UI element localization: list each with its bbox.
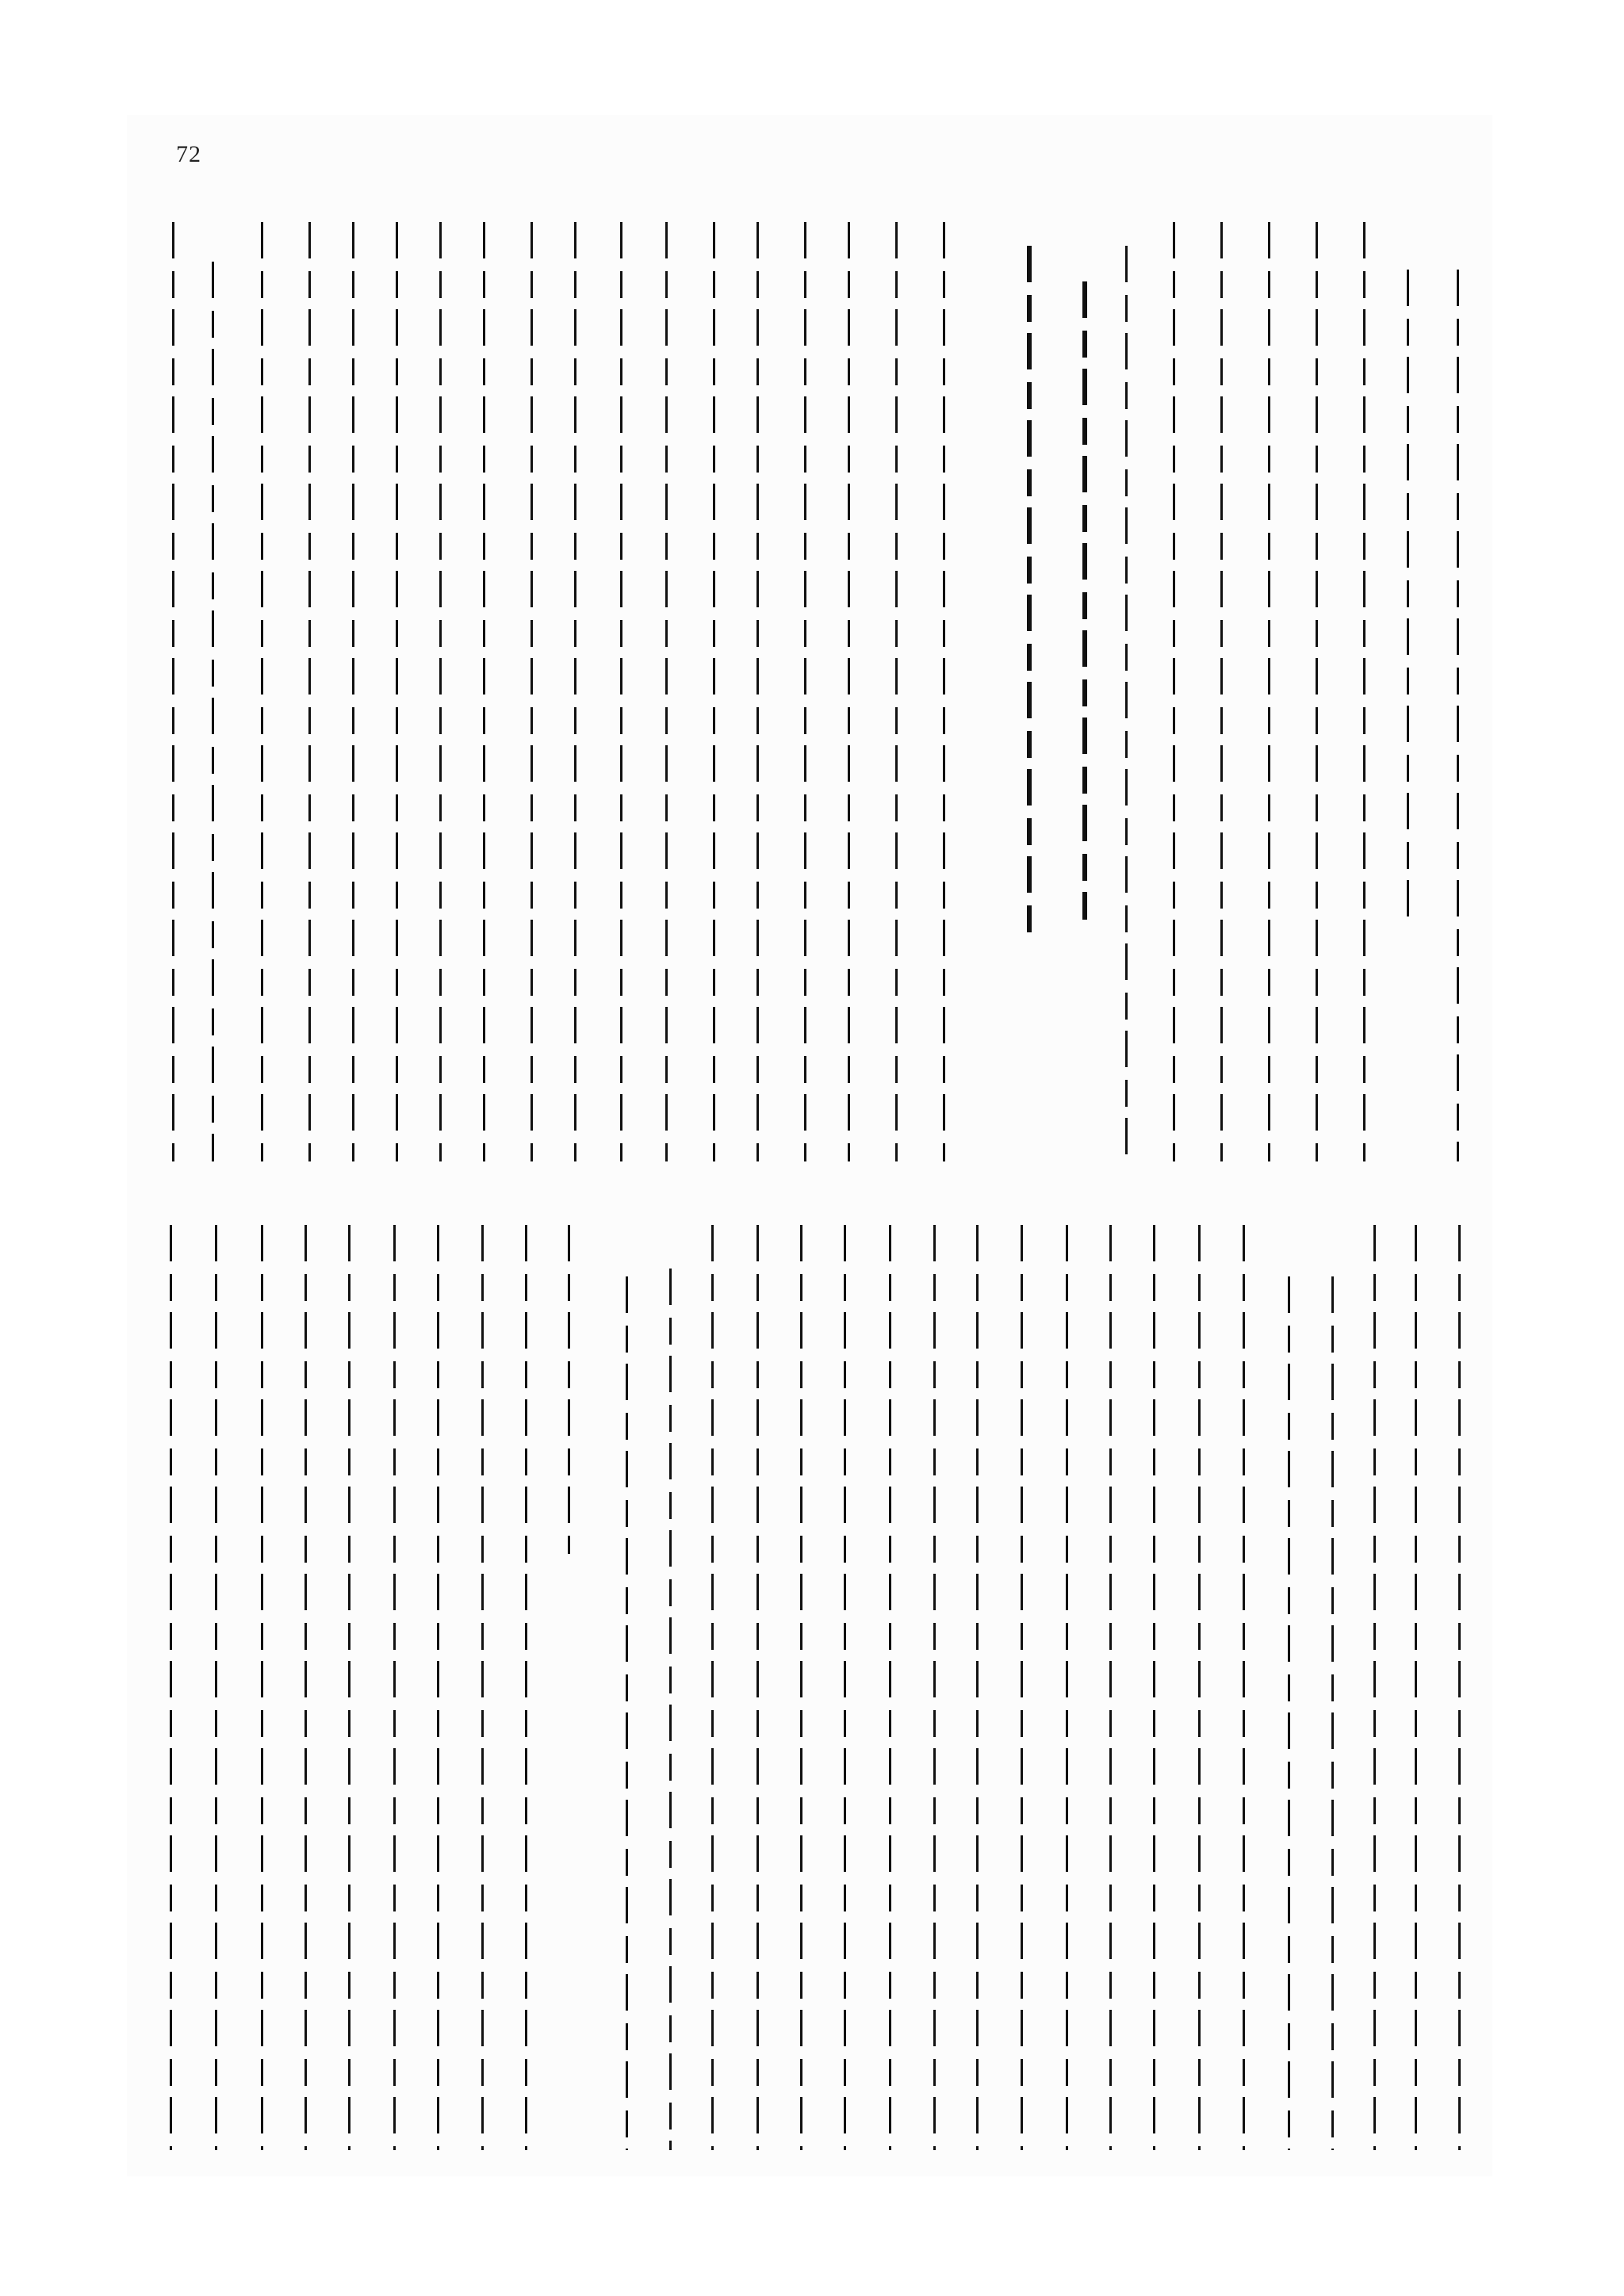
text-column: ᠬᠡᠯᠡ ᠵᠦᠢ — [833, 1225, 856, 2150]
title-column-text: ᠬᠢᠶᠠᠳ ᠂ 《ᠮᠣᠩᠭᠣᠯ ᠦᠨ ᠨᠢᠭᠤᠴᠠ ᠲᠣᠪᠴᠢᠶᠠᠨ》 ᠤ ᠬᠡ… — [1015, 246, 1039, 807]
text-column-text: ᠪᠢᠴᠢᠭ ᠤᠨ ᠬᠡᠯᠡ — [884, 222, 908, 346]
text-column-text: ᠲᠡᠦᠬᠡ ᠶᠢᠨ ᠪᠦᠲᠦᠭᠡᠯ — [1009, 1225, 1033, 1386]
text-column-text: ᠬᠤᠪᠢᠶᠠᠷᠢ ᠪᠤᠶᠤ ᠲᠡᠳᠡᠨ ᠦ ᠰᠤᠳᠤᠯᠭ᠎ᠠ — [201, 262, 224, 566]
text-column: ᠪᠢᠴᠢᠭ ᠤᠨ ᠬᠡᠯᠡ — [1404, 1225, 1427, 2150]
text-column: ᠪᠢᠴᠢᠭ ᠤᠨ ᠬᠡᠯᠡ — [884, 222, 908, 1161]
text-column-text: ᠪᠢᠴᠢᠭ ᠤᠨ ᠬᠡᠯᠡ — [297, 222, 321, 346]
text-column-text: ᠦᠭᠡ ᠶᠢᠨ ᠰᠠᠩ — [922, 1225, 946, 1349]
page-number: 72 — [176, 141, 201, 168]
text-column-text: ᠲᠡᠦᠬᠡ ᠄ ᠰᠤᠳᠤᠯᠭ᠎ᠠ — [385, 222, 408, 384]
text-column: ᠰᠤᠳᠤᠯᠤᠭᠰᠠᠳ — [1055, 1225, 1078, 2150]
text-column: ᠬᠡᠯᠡᠨ ᠦ ᠰᠤᠳᠤᠯᠭ᠎ᠠ — [965, 1225, 989, 2150]
text-column: ᠮᠣᠩᠭᠣᠯ ᠬᠡᠯᠡ — [878, 1225, 902, 2150]
text-column-text: ᠮᠣᠩᠭᠣᠯ ᠬᠡᠯᠡ ᠶᠢᠨ ᠲᠡᠦᠬᠡ — [250, 222, 274, 413]
text-column-text: ᠬᠡᠯᠡ ᠰᠤᠳᠤᠯᠭ᠎ᠠ — [1142, 1225, 1166, 1350]
text-column: ᠨᠡᠷᠡ ᠶᠢᠨ ᠦᠭᠡ — [426, 1225, 450, 2150]
text-column: ᠰᠤᠳᠤᠯᠤᠭᠰᠠᠳ ᠤᠨ ᠪᠦᠲᠦᠭᠡᠯ ᠤᠳ ᠪᠣᠯᠤᠨ᠎ᠠ ᠄᠄ — [161, 222, 185, 1161]
text-column-text: ᠪᠢᠴᠢᠭ ᠦ ᠬᠡᠯᠡ ᠶᠢᠨ — [341, 222, 365, 373]
text-column-text: ᠬᠡᠯᠡ ᠵᠦᠢ — [837, 222, 860, 295]
text-column: ᠦᠭᠡ ᠶᠢᠨ ᠪᠦᠲᠦᠴᠡ — [745, 1225, 769, 2150]
text-column: ᠦᠭᠡ ᠬᠡᠯᠪᠡᠷᠢ — [1187, 1225, 1211, 2150]
text-column: ᠨᠡᠷᠡ ᠶᠢᠨ ᠦᠭᠡ — [519, 222, 543, 1161]
text-column: ᠬᠡᠯᠡᠨ ᠦ ᠰᠤᠳᠤᠯᠭ᠎ᠠ — [1209, 222, 1233, 1161]
text-column: ᠬᠤᠪᠢᠶᠠᠷᠢ ᠪᠤᠶᠤ ᠲᠡᠳᠡᠨ ᠦ ᠰᠤᠳᠤᠯᠭ᠎ᠠ — [201, 262, 224, 1161]
text-column: ᠬᠡᠯᠡ ᠰᠤᠳᠤᠯᠭ᠎ᠠ — [1142, 1225, 1166, 2150]
text-column-text: ᠮᠣᠩᠭᠣᠯ ᠬᠡᠯᠡ ᠶᠢᠨ ᠲᠡᠦᠬᠡ — [1362, 1225, 1386, 1416]
text-column: (ᠬᠢᠶᠠᠳ) ᠬᠡᠯᠡ ᠶᠢᠨ ᠰᠤᠳᠤᠯᠭ᠎ᠠ — [1396, 270, 1419, 928]
text-column: ᠬᠡᠯᠡᠨ ᠦ ᠵᠦᠢ — [563, 222, 587, 1161]
title-column: ᠬᠢᠶᠠᠳ ᠂ 《ᠮᠣᠩᠭᠣᠯ ᠦᠨ ᠨᠢᠭᠤᠴᠠ ᠲᠣᠪᠴᠢᠶᠠᠨ》 ᠤ ᠬᠡ… — [1015, 246, 1044, 939]
text-column-text: ᠦᠭᠡ ᠶᠢᠨ ᠰᠠᠩ — [1162, 222, 1185, 346]
text-column-text: ᠦᠭᠡ ᠬᠡᠯᠪᠡᠷᠢ — [470, 1225, 494, 1335]
text-column: ᠬᠡᠯᠡᠨ ᠦ ᠵᠦᠢ — [204, 1225, 228, 2150]
text-column-text: ᠨᠡᠷᠡ ᠶᠢᠨ ᠦᠭᠡ — [1231, 1225, 1255, 1343]
text-column: ᠮᠣᠩᠭᠣᠯ ᠬᠡᠯᠡ ᠶᠢᠨ ᠲᠡᠦᠬᠡ — [1446, 270, 1469, 1161]
text-column: ᠦᠭᠡ ᠬᠡᠯᠪᠡᠷᠢ — [609, 222, 633, 1161]
text-column-text: ᠮᠣᠩᠭᠣᠯ ᠬᠡᠯᠡ — [878, 1225, 902, 1326]
text-column-text: ᠦᠭᠡ ᠬᠡᠯᠪᠡᠷᠢ — [1187, 1225, 1211, 1335]
text-column: (ᠬᠡᠯᠡᠪᠡᠯ) ᠬᠡᠯᠡᠨ ᠦ ᠵᠦᠢ — [1277, 1276, 1300, 2150]
text-column: ᠪᠢᠴᠢᠭ ᠦᠨ ᠬᠡᠯᠡ — [1098, 1225, 1122, 2150]
text-column-text: ᠰᠤᠳᠤᠯᠤᠭᠰᠠᠳ — [1304, 222, 1328, 340]
text-column: ᠲᠡᠦᠬᠡ ᠶᠢᠨ ᠪᠦᠲᠦᠭᠡᠯ — [1257, 222, 1281, 1161]
text-column-text: ᠨᠡᠷᠡ ᠶᠢᠨ ᠦᠭᠡ — [426, 1225, 450, 1343]
text-column-text: (ᠬᠢᠶᠠᠳ) 《ᠮᠣᠩᠭᠣᠯ ᠦᠨ ᠨᠢᠭᠤᠴᠠ ᠲᠣᠪᠴᠢᠶᠠᠨ》 — [615, 1276, 638, 1650]
text-column-text: ᠪᠣᠯᠤᠨ᠎ᠠ ᠄᠄ — [932, 222, 956, 310]
text-column: ᠪᠢᠴᠢᠭ ᠤᠨ ᠬᠡᠯᠡ — [297, 222, 321, 1161]
text-column-text: ᠲᠡᠦᠬᠡ ᠶᠢᠨ ᠪᠦᠲᠦᠭᠡᠯ — [337, 1225, 361, 1386]
text-column: ᠲᠡᠦᠬᠡ ᠶᠢᠨ ᠪᠦᠲᠦᠭᠡᠯ — [1009, 1225, 1033, 2150]
text-column-text: ᠬᠡᠯᠡ ᠰᠤᠳᠤᠯᠭ᠎ᠠ — [702, 222, 726, 347]
text-column: ᠮᠣᠩᠭᠣᠯ ᠬᠡᠯᠡ ᠶᠢᠨ ᠲᠡᠦᠬᠡ — [1362, 1225, 1386, 2150]
text-column-text: ᠨᠡᠷᠡ ᠶᠢᠨ ᠦᠭᠡ — [519, 222, 543, 340]
text-column: ᠪᠢᠴᠢᠭ ᠦᠨ ᠬᠡᠯᠡ — [700, 1225, 724, 2150]
text-column-text: ᠲᠡᠦᠬᠡ ᠶᠢᠨ ᠰᠤᠳᠤᠯᠭ᠎ᠠ — [793, 222, 817, 400]
text-column-text: 《ᠮᠣᠩᠭᠣᠯ ᠦᠨ ᠨᠢᠭᠤᠴᠠ ᠲᠣᠪᠴᠢᠶᠠᠨ》 — [654, 222, 678, 522]
text-column: 《ᠮᠣᠩᠭᠣᠯ ᠦᠨ ᠨᠢᠭᠤᠴᠠ ᠲᠣᠪᠴᠢᠶᠠᠨ》 — [654, 222, 678, 1161]
text-column: ᠦᠭᠡ ᠶᠢᠨ ᠰᠠᠩ — [293, 1225, 317, 2150]
text-column: ᠬᠡᠯᠡ ᠵᠦᠢ — [837, 222, 860, 1161]
text-column-text: (ᠬᠡᠯᠡᠪᠡᠯ) ᠬᠡᠯᠡᠨ ᠦ ᠵᠦᠢ — [1277, 1276, 1300, 1461]
text-column: (ᠬᠢᠶᠠᠳ) 《ᠮᠣᠩᠭᠣᠯ ᠦᠨ ᠨᠢᠭᠤᠴᠠ ᠲᠣᠪᠴᠢᠶᠠᠨ》 — [615, 1276, 638, 2150]
text-column: ᠦᠭᠡ ᠬᠡᠯᠪᠡᠷᠢ — [470, 1225, 494, 2150]
text-column: ᠦᠭᠡ ᠶᠢᠨ ᠰᠠᠩ — [1162, 222, 1185, 1161]
text-column: ᠰᠤᠳᠤᠯᠤᠭᠰᠠᠳ — [1304, 222, 1328, 1161]
text-column: ᠮᠣᠩᠭᠣᠯ ᠬᠡᠯᠡ ᠶᠢᠨ ᠲᠡᠦᠬᠡ — [250, 222, 274, 1161]
text-column-text: ᠬᠡᠯᠡᠨ ᠦ ᠰᠤᠳᠤᠯᠭ᠎ᠠ — [428, 222, 452, 385]
text-column-text: ᠦᠭᠡ ᠶᠢᠨ ᠪᠦᠲᠦᠴᠡ — [745, 222, 769, 377]
text-column-text: ᠰᠤᠳᠤᠯᠤᠭᠰᠠᠳ — [557, 1225, 580, 1343]
text-column: ᠪᠢᠴᠢᠭ ᠤᠨ ᠬᠡᠯᠡ — [250, 1225, 274, 2150]
text-column-text: ᠪᠣᠯᠤᠨ᠎ᠠ ᠄᠄ — [514, 1225, 538, 1313]
text-column: 《ᠮᠣᠩᠭᠣᠯ ᠦᠨ ᠨᠢᠭᠤᠴᠠ ᠲᠣᠪᠴᠢᠶᠠᠨ》 — [1320, 1276, 1344, 2150]
text-column: ᠦᠭᠡ ᠶᠢᠨ ᠪᠦᠲᠦᠴᠡ — [745, 222, 769, 1161]
text-column: ᠬᠡᠯᠡᠨ ᠦ ᠰᠤᠳᠤᠯᠭ᠎ᠠ — [658, 1269, 682, 2150]
text-column-text: 《ᠮᠣᠩᠭᠣᠯ ᠦᠨ ᠨᠢᠭᠤᠴᠠ ᠲᠣᠪᠴᠢᠶᠠᠨ》 — [1320, 1276, 1344, 1577]
text-column-text: ᠪᠢᠴᠢᠭ ᠤᠨ ᠬᠡᠯᠡ — [1404, 1225, 1427, 1349]
text-column: ᠬᠡᠯᠡ ᠰᠤᠳᠤᠯᠭ᠎ᠠ — [702, 222, 726, 1161]
text-column: ᠰᠤᠳᠤᠯᠤᠭᠰᠠᠳ — [557, 1225, 580, 1554]
text-column-text: ᠬᠡᠯᠡ ᠵᠦᠢ — [833, 1225, 856, 1298]
text-column-text: ᠮᠣᠩᠭᠣᠯ ᠬᠡᠯᠡ ᠶᠢᠨ ᠲᠡᠦᠬᠡ — [1446, 270, 1469, 461]
text-column-text: ᠪᠢᠴᠢᠭ ᠦᠨ ᠬᠡᠯᠡ — [1352, 222, 1376, 352]
text-column: ᠨᠡᠷᠡ ᠶᠢᠨ ᠦᠭᠡ — [1231, 1225, 1255, 2150]
text-column: ᠦᠭᠡ ᠶᠢᠨ ᠰᠠᠩ — [922, 1225, 946, 2150]
text-column: ᠬᠡᠯᠡᠨ ᠦ ᠰᠤᠳᠤᠯᠭ᠎ᠠ — [1447, 1225, 1471, 2150]
text-column: ᠪᠢᠴᠢᠭ ᠦ ᠬᠡᠯᠡ ᠶᠢᠨ — [341, 222, 365, 1161]
title-column: ᠮᠣᠩᠭᠣᠯ ᠬᠡᠯᠡ ᠪᠢᠴᠢᠭ ᠤᠨ ᠰᠤᠳᠤᠯᠭ᠎ᠠ ᠶᠢᠨ ᠲᠡᠦᠬᠡ … — [1071, 281, 1099, 920]
text-column-text: ᠬᠡᠯᠡᠨ ᠦ ᠰᠤᠳᠤᠯᠭ᠎ᠠ — [1447, 1225, 1471, 1387]
text-column-text: ᠬᠡᠯᠡ ᠰᠤᠳᠤᠯᠭ᠎ᠠ — [382, 1225, 406, 1350]
text-column-text: ᠲᠡᠦᠬᠡ ᠶᠢᠨ ᠰᠤᠳᠤᠯᠭ᠎ᠠ — [789, 1225, 813, 1403]
text-column: ᠮᠣᠩᠭᠣᠯ ᠬᠡᠯᠡ ᠶᠢᠨ ᠰᠤᠳᠤᠯᠭ᠎ᠠ — [159, 1225, 182, 2150]
text-column: ᠬᠡᠯᠡᠨ ᠦ ᠰᠤᠳᠤᠯᠭ᠎ᠠ — [428, 222, 452, 1161]
text-column-text: ᠪᠢᠴᠢᠭ ᠦᠨ ᠬᠡᠯᠡ — [1098, 1225, 1122, 1355]
text-column-text: ᠬᠡᠯᠡᠨ ᠦ ᠵᠦᠢ — [204, 1225, 228, 1336]
text-column-text: ᠬᠡᠯᠡᠨ ᠦ ᠰᠤᠳᠤᠯᠭ᠎ᠠ — [658, 1269, 682, 1431]
text-column: ᠪᠢᠴᠢᠭ ᠦᠨ ᠬᠡᠯᠡ — [1352, 222, 1376, 1161]
text-column: ᠲᠡᠦᠬᠡ ᠶᠢᠨ ᠰᠤᠳᠤᠯᠭ᠎ᠠ — [793, 222, 817, 1161]
text-column-text: ᠬᠡᠯᠡᠨ ᠦ ᠰᠤᠳᠤᠯᠭ᠎ᠠ — [965, 1225, 989, 1387]
text-column-text: ᠪᠢᠴᠢᠭ ᠤᠨ ᠬᠡᠯᠡ — [250, 1225, 274, 1349]
text-column: ᠬᠡᠯᠡ ᠰᠤᠳᠤᠯᠭ᠎ᠠ — [382, 1225, 406, 2150]
text-column-text: ᠦᠭᠡ ᠶᠢᠨ ᠰᠠᠩ — [472, 222, 496, 346]
title-column-text: ᠮᠣᠩᠭᠣᠯ ᠬᠡᠯᠡ ᠪᠢᠴᠢᠭ ᠤᠨ ᠰᠤᠳᠤᠯᠭ᠎ᠠ ᠶᠢᠨ ᠲᠡᠦᠬᠡ … — [1071, 281, 1094, 737]
text-column-text: ᠮᠣᠩᠭᠣᠯ ᠬᠡᠯᠡ — [1114, 246, 1138, 347]
text-column-text: ᠪᠢᠴᠢᠭ ᠦᠨ ᠬᠡᠯᠡ — [700, 1225, 724, 1355]
text-column: ᠪᠣᠯᠤᠨ᠎ᠠ ᠄᠄ — [514, 1225, 538, 2150]
text-column-text: (ᠬᠢᠶᠠᠳ) ᠬᠡᠯᠡ ᠶᠢᠨ ᠰᠤᠳᠤᠯᠭ᠎ᠠ — [1396, 270, 1419, 499]
text-column-text: ᠲᠡᠦᠬᠡ ᠶᠢᠨ ᠪᠦᠲᠦᠭᠡᠯ — [1257, 222, 1281, 383]
text-column-text: ᠦᠭᠡ ᠬᠡᠯᠪᠡᠷᠢ — [609, 222, 633, 332]
text-column: ᠪᠣᠯᠤᠨ᠎ᠠ ᠄᠄ — [932, 222, 956, 1161]
text-column: ᠲᠡᠦᠬᠡ ᠶᠢᠨ ᠰᠤᠳᠤᠯᠭ᠎ᠠ — [789, 1225, 813, 2150]
text-column-text: ᠮᠣᠩᠭᠣᠯ ᠬᠡᠯᠡ ᠶᠢᠨ ᠰᠤᠳᠤᠯᠭ᠎ᠠ — [159, 1225, 182, 1453]
text-column: ᠲᠡᠦᠬᠡ ᠶᠢᠨ ᠪᠦᠲᠦᠭᠡᠯ — [337, 1225, 361, 2150]
text-column-text: ᠦᠭᠡ ᠶᠢᠨ ᠰᠠᠩ — [293, 1225, 317, 1349]
text-column-text: ᠬᠡᠯᠡᠨ ᠦ ᠵᠦᠢ — [563, 222, 587, 333]
text-column: ᠮᠣᠩᠭᠣᠯ ᠬᠡᠯᠡ — [1114, 246, 1138, 1161]
text-column: ᠦᠭᠡ ᠶᠢᠨ ᠰᠠᠩ — [472, 222, 496, 1161]
text-column-text: ᠰᠤᠳᠤᠯᠤᠭᠰᠠᠳ ᠤᠨ ᠪᠦᠲᠦᠭᠡᠯ ᠤᠳ ᠪᠣᠯᠤᠨ᠎ᠠ ᠄᠄ — [161, 222, 185, 599]
text-column-text: ᠰᠤᠳᠤᠯᠤᠭᠰᠠᠳ — [1055, 1225, 1078, 1343]
text-column: ᠲᠡᠦᠬᠡ ᠄ ᠰᠤᠳᠤᠯᠭ᠎ᠠ — [385, 222, 408, 1161]
text-column-text: ᠦᠭᠡ ᠶᠢᠨ ᠪᠦᠲᠦᠴᠡ — [745, 1225, 769, 1380]
text-column-text: ᠬᠡᠯᠡᠨ ᠦ ᠰᠤᠳᠤᠯᠭ᠎ᠠ — [1209, 222, 1233, 385]
